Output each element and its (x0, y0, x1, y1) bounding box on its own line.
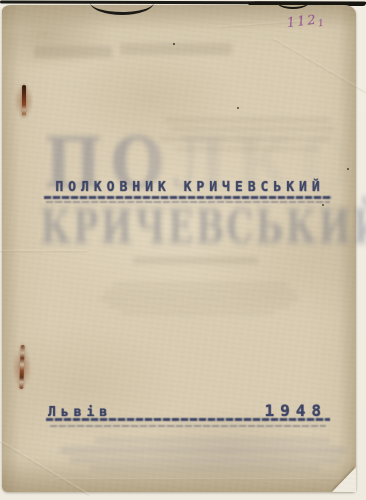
dirt-speck (237, 107, 239, 109)
title-underline-echo (46, 201, 330, 203)
handwritten-number-suffix: 1 (318, 19, 325, 30)
ghost-line-smudge (170, 127, 335, 131)
imprint-underline-echo (50, 425, 326, 427)
dirt-speck (173, 43, 175, 45)
staple-icon (22, 85, 26, 117)
ghost-bottom-line (70, 457, 340, 463)
ghost-bottom-line (60, 447, 345, 454)
ghost-bottom-line (90, 466, 320, 471)
paper-crease (0, 440, 90, 496)
dirt-speck (347, 168, 349, 170)
ghost-paragraph-line (113, 283, 288, 286)
ghost-paragraph-line (108, 304, 290, 307)
dirt-speck (322, 204, 324, 206)
ghost-text-smudge-top-right (120, 43, 232, 55)
document-page: ПОЛКОВНИК КРИЧЕВСЬКИЙ 1121 ПОЛКОВНИК КРИ… (2, 5, 356, 492)
ghost-bottom-line (95, 438, 330, 443)
paper-crease (272, 38, 366, 99)
ghost-subtitle-smudge (133, 257, 258, 264)
paper-crease (0, 250, 88, 252)
imprint-underline (46, 418, 330, 421)
corner-fold (332, 467, 356, 492)
scan-canvas: ПОЛКОВНИК КРИЧЕВСЬКИЙ 1121 ПОЛКОВНИК КРИ… (0, 0, 366, 500)
ghost-paragraph-line (105, 290, 295, 293)
handwritten-number-main: 112 (286, 13, 318, 32)
ghost-title-line2: КРИЧЕВСЬКИЙ (40, 200, 340, 255)
ghost-paragraph-line (100, 297, 298, 300)
document-title: ПОЛКОВНИК КРИЧЕВСЬКИЙ (45, 180, 335, 195)
ghost-paragraph-line (120, 311, 275, 314)
ghost-line-smudge (175, 147, 320, 151)
handwritten-number: 1121 (286, 12, 324, 33)
ghost-line-smudge (160, 137, 330, 141)
title-underline (44, 196, 332, 199)
ghost-text-smudge-top-left (34, 46, 112, 58)
paper-crease (55, 478, 355, 480)
ghost-line-smudge (165, 118, 330, 122)
